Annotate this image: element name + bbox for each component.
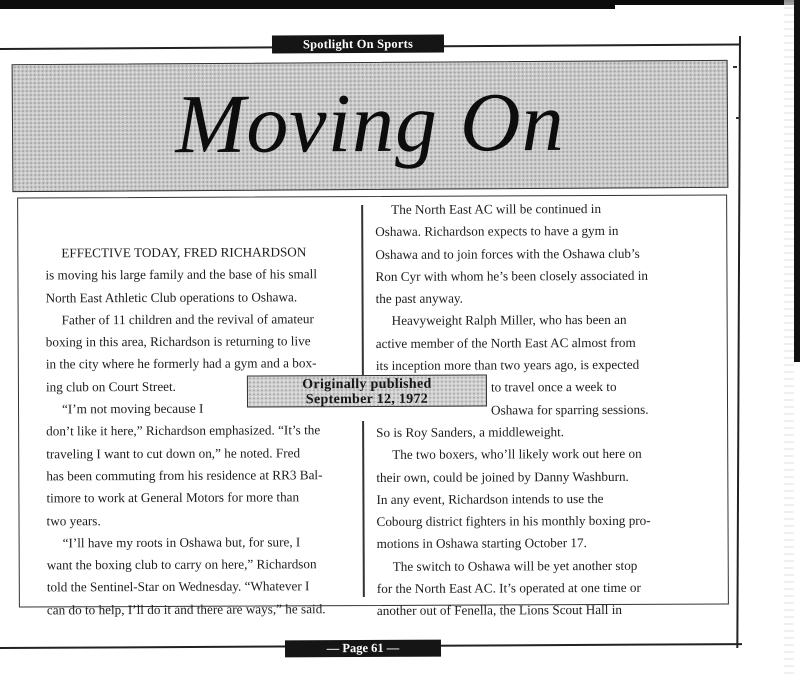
headline-banner: Moving On: [12, 60, 729, 192]
crop-mark: [736, 117, 740, 119]
article-lead-line: EFFECTIVE TODAY, FRED RICHARDSON: [45, 241, 375, 265]
headline-title: Moving On: [13, 67, 728, 181]
article-line: active member of the North East AC almos…: [376, 331, 706, 355]
crop-mark: [733, 66, 737, 68]
publication-date-callout: Originally published September 12, 1972: [247, 375, 487, 408]
article-left-column: EFFECTIVE TODAY, FRED RICHARDSON is movi…: [45, 241, 377, 621]
article-line: timore to work at General Motors for mor…: [46, 486, 376, 510]
article-line: “I’ll have my roots in Oshawa but, for s…: [47, 531, 377, 555]
article-line: in the city where he formerly had a gym …: [46, 352, 376, 376]
article-right-column: The North East AC will be continued in O…: [375, 198, 707, 623]
scan-top-edge-shadow: [0, 0, 615, 9]
article-line: two years.: [46, 509, 376, 533]
page-frame-right-rule: [736, 36, 741, 648]
publication-note-line1: Originally published: [248, 377, 486, 393]
scan-top-edge-shadow-right: [615, 0, 800, 5]
article-line: The switch to Oshawa will be yet another…: [377, 554, 707, 578]
publication-note-date: September 12, 1972: [248, 392, 486, 408]
article-line: Oshawa. Richardson expects to have a gym…: [375, 220, 705, 244]
article-line: In any event, Richardson intends to use …: [376, 487, 706, 511]
article-line: for the North East AC. It’s operated at …: [377, 577, 707, 601]
article-line: The two boxers, who’ll likely work out h…: [376, 443, 706, 467]
article-line: So is Roy Sanders, a middleweight.: [376, 421, 706, 445]
article-line: can do to help, I’ll do it and there are…: [47, 598, 377, 622]
article-line: don’t like it here,” Richardson emphasiz…: [46, 419, 376, 443]
article-line: Ron Cyr with whom he’s been closely asso…: [375, 264, 705, 288]
article-line: Cobourg district fighters in his monthly…: [376, 510, 706, 534]
article-line: want the boxing club to carry on here,” …: [47, 553, 377, 577]
scan-right-edge-shadow: [794, 0, 800, 362]
article-line: another out of Fenella, the Lions Scout …: [377, 599, 707, 623]
article-line: traveling I want to cut down on,” he not…: [46, 442, 376, 466]
article-line: Oshawa and to join forces with the Oshaw…: [375, 242, 705, 266]
article-line: The North East AC will be continued in: [375, 198, 705, 222]
article-line: their own, could be joined by Danny Wash…: [376, 465, 706, 489]
article-line: is moving his large family and the base …: [45, 263, 375, 287]
article-line: North East Athletic Club operations to O…: [45, 286, 375, 310]
article-body: EFFECTIVE TODAY, FRED RICHARDSON is movi…: [17, 194, 729, 607]
scan-right-edge-noise: [784, 0, 794, 678]
article-line: Father of 11 children and the revival of…: [46, 308, 376, 332]
article-line: boxing in this area, Richardson is retur…: [46, 330, 376, 354]
article-line: has been commuting from his residence at…: [46, 464, 376, 488]
article-line: motions in Oshawa starting October 17.: [377, 532, 707, 556]
section-label: Spotlight On Sports: [272, 34, 444, 53]
article-line: told the Sentinel-Star on Wednesday. “Wh…: [47, 575, 377, 599]
article-line: the past anyway.: [376, 287, 706, 311]
page-number-label: — Page 61 —: [285, 640, 441, 658]
article-line: Heavyweight Ralph Miller, who has been a…: [376, 309, 706, 333]
